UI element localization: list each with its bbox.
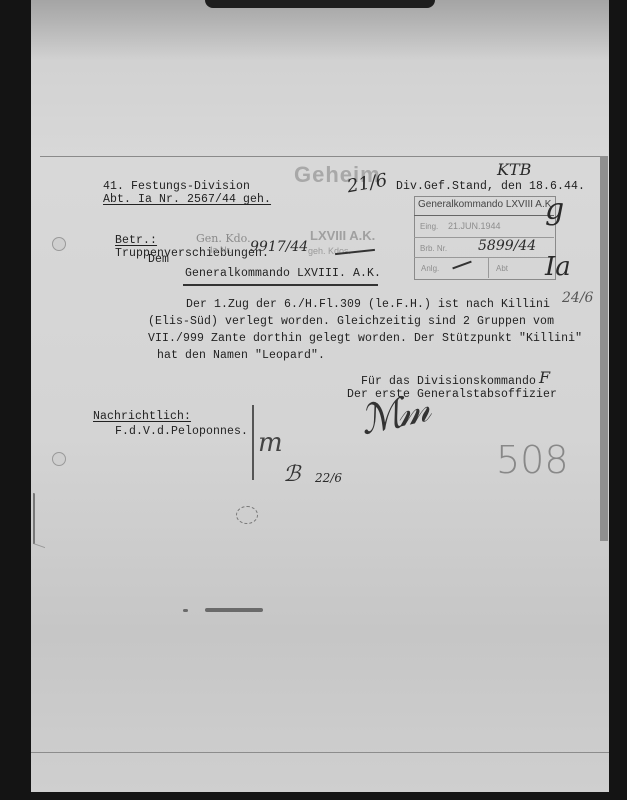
receipt-eing-label: Eing. (420, 222, 438, 231)
recipient-underline (183, 284, 378, 286)
gen-kdo-stamp: Gen. Kdo. (196, 232, 251, 245)
body-line-2: (Elis-Süd) verlegt worden. Gleichzeitig … (148, 315, 554, 328)
f-annotation: F (539, 368, 550, 387)
cc-recipient: F.d.V.d.Peloponnes. (115, 425, 248, 438)
sender-reference: Abt. Ia Nr. 2567/44 geh. (103, 193, 271, 206)
receipt-stamp-title: Generalkommando LXVIII A.K. (418, 199, 554, 210)
date-annotation-22-6: 22/6 (315, 471, 342, 485)
faint-stamp-circle (236, 506, 258, 524)
punch-hole-bottom (52, 452, 66, 466)
receipt-divider (488, 258, 489, 278)
initial-annotation: g (545, 192, 564, 227)
subject-label: Betr.: (115, 234, 157, 247)
film-shadow (31, 0, 609, 60)
ia-annotation: Ia (545, 252, 571, 282)
receipt-divider (414, 215, 554, 216)
receipt-abt-label: Abt (496, 264, 508, 273)
recipient: Generalkommando LXVIII. A.K. (185, 267, 381, 280)
signature-line-1: Für das Divisionskommando (361, 375, 536, 388)
punch-hole-top (52, 237, 66, 251)
ia-nr-label: Ia Nr. (210, 245, 232, 255)
body-line-1: Der 1.Zug der 6./H.Fl.309 (le.F.H.) ist … (186, 298, 550, 311)
sheet-bottom-edge (31, 752, 609, 753)
page-number: 508 (496, 438, 569, 482)
receipt-eing-date: 21.JUN.1944 (448, 221, 501, 231)
sheet-right-edge (600, 156, 608, 541)
ktb-annotation: KTB (497, 160, 531, 179)
receipt-brb-label: Brb. Nr. (420, 244, 447, 253)
date-annotation-24-6: 24/6 (562, 290, 593, 306)
receipt-anlg-label: Anlg. (421, 264, 439, 273)
paraph-mark: ℬ (283, 462, 300, 487)
corps-stamp: LXVIII A.K. (310, 228, 375, 243)
to-label: Dem (148, 253, 169, 266)
ink-speck (183, 609, 188, 612)
handwritten-initials: m (258, 428, 283, 458)
handwritten-stroke (252, 405, 254, 480)
body-line-3: VII./999 Zante dorthin gelegt worden. De… (148, 332, 582, 345)
sheet-fold-mark (33, 493, 45, 548)
subject-text: Truppenverschiebungen. (115, 247, 269, 260)
sender-unit: 41. Festungs-Division (103, 180, 250, 193)
cc-label: Nachrichtlich: (93, 410, 191, 423)
film-clip (205, 0, 435, 8)
body-line-4: hat den Namen "Leopard". (157, 349, 325, 362)
receipt-brb-number: 5899/44 (478, 238, 536, 254)
receipt-divider (414, 257, 554, 258)
ink-smudge (205, 608, 263, 612)
ia-nr-value: 9917/44 (250, 239, 308, 255)
